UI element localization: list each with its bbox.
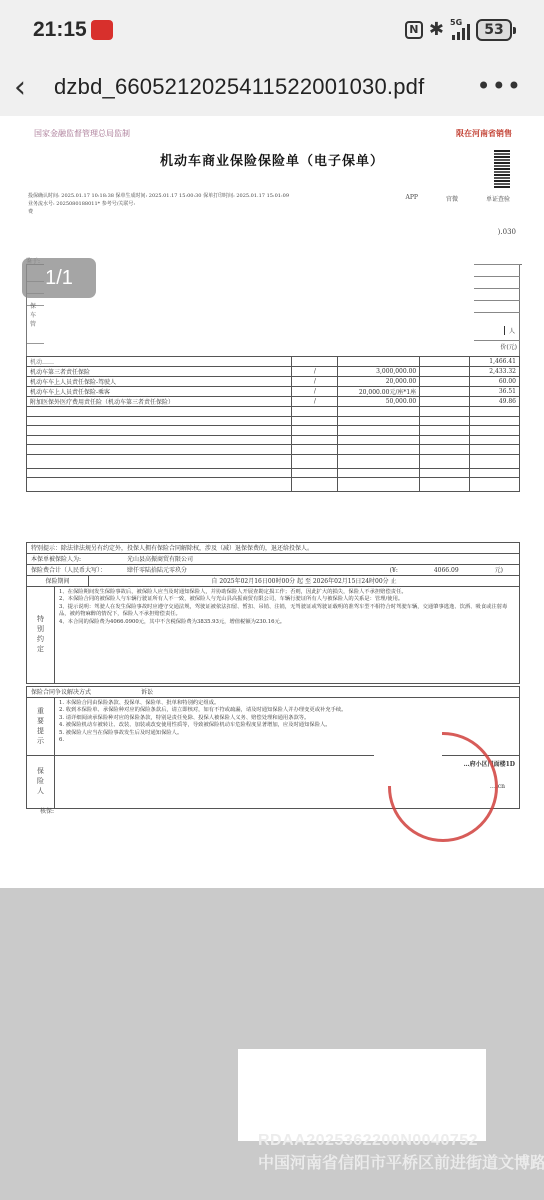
coverage-row xyxy=(27,454,520,468)
insurance-period-row: 保险期间 自 2025年02月16日00时00分 起 至 2026年02月15日… xyxy=(27,576,519,587)
insurance-period-value: 自 2025年02月16日00时00分 起 至 2026年02月15日24时00… xyxy=(89,576,519,586)
document-title: 机动车商业保险保险单（电子保单） xyxy=(24,150,520,169)
coverage-name: 机动车车上人员责任保险-乘客 xyxy=(27,387,292,397)
right-label-price: 价(元) xyxy=(500,342,517,351)
network-type-label: 5G xyxy=(450,18,462,27)
redacted-region xyxy=(44,222,474,356)
coverage-table: 机动……1,466.41机动车第三者责任保险/3,000,000.002,433… xyxy=(26,356,520,492)
meta-line-2: 业务流水号: 2025080188011* 参考号/关联号: xyxy=(28,200,289,208)
coverage-deductible xyxy=(292,357,338,367)
sales-region-header: 限在河南省销售 xyxy=(456,128,512,139)
coverage-name: 机动车车上人员责任保险-驾驶人 xyxy=(27,377,292,387)
coverage-name xyxy=(27,426,292,436)
coverage-premium xyxy=(470,454,520,468)
watermark-code: RDAA2025362200N0040752 xyxy=(258,1132,478,1150)
watermark-address: 中国河南省信阳市平桥区前进街道文博路 xyxy=(258,1152,544,1174)
coverage-extra xyxy=(420,445,470,455)
coverage-premium xyxy=(470,416,520,426)
coverage-row: 附加医保外医疗费用责任险（机动车第三者责任保险）/50,000.0049.86 xyxy=(27,397,520,407)
coverage-amount: 20,000.00元/座*1座 xyxy=(338,387,420,397)
coverage-deductible xyxy=(292,416,338,426)
coverage-row: 机动车车上人员责任保险-乘客/20,000.00元/座*1座36.51 xyxy=(27,387,520,397)
coverage-amount xyxy=(338,445,420,455)
coverage-extra xyxy=(420,387,470,397)
coverage-row xyxy=(27,407,520,417)
status-icons: N ✱ 5G 53 xyxy=(405,19,512,41)
nfc-icon: N xyxy=(405,21,423,39)
amount-fragment: ).030 xyxy=(498,228,516,236)
coverage-premium: 49.86 xyxy=(470,397,520,407)
coverage-deductible xyxy=(292,426,338,436)
coverage-deductible xyxy=(292,435,338,445)
regulator-header: 国家金融监督管理总局监制 xyxy=(34,128,130,139)
coverage-premium xyxy=(470,407,520,417)
coverage-deductible xyxy=(292,445,338,455)
coverage-amount xyxy=(338,468,420,478)
bluetooth-icon: ✱ xyxy=(429,21,444,39)
notification-app-icon xyxy=(91,20,113,40)
coverage-amount xyxy=(338,426,420,436)
coverage-deductible xyxy=(292,407,338,417)
coverage-row xyxy=(27,426,520,436)
premium-total-value: 4066.09 xyxy=(434,565,459,575)
coverage-extra xyxy=(420,478,470,492)
coverage-amount xyxy=(338,416,420,426)
coverage-name xyxy=(27,454,292,468)
policy-info-right: 人 价(元) xyxy=(474,264,520,358)
coverage-extra xyxy=(420,435,470,445)
status-time: 21:15 xyxy=(33,18,87,42)
coverage-premium xyxy=(470,478,520,492)
coverage-name xyxy=(27,445,292,455)
coverage-name xyxy=(27,468,292,478)
coverage-amount xyxy=(338,357,420,367)
coverage-deductible: / xyxy=(292,397,338,407)
coverage-row xyxy=(27,416,520,426)
coverage-name: 机动…… xyxy=(27,357,292,367)
status-bar: 21:15 N ✱ 5G 53 xyxy=(0,0,544,62)
coverage-amount: 50,000.00 xyxy=(338,397,420,407)
coverage-deductible: / xyxy=(292,387,338,397)
insurer-label: 保险人 xyxy=(27,756,55,808)
beneficiary-row: 本保单被保险人为: 光山县高振商贸有限公司 xyxy=(27,554,519,565)
special-term-item: 2、本保险合同的被保险人与车辆行驶证所有人不一致，被保险人与光山县高振商贸有限公… xyxy=(59,596,515,603)
coverage-row: 机动车第三者责任保险/3,000,000.002,433.32 xyxy=(27,367,520,377)
coverage-extra xyxy=(420,377,470,387)
premium-total-row: 保险费合计（人民币大写）： 肆仟零陆拾陆元零玖分 (¥: 4066.09 元) xyxy=(27,565,519,576)
coverage-premium xyxy=(470,468,520,478)
coverage-deductible xyxy=(292,468,338,478)
coverage-extra xyxy=(420,397,470,407)
notice-box: 特别提示：除法律法规另有约定外，投保人拥有保险合同解除权，涉及（减）退保保费的，… xyxy=(26,542,520,684)
special-terms-list: 1、在保险期间发生保险事故后，被保险人应当及时通知保险人，并协助保险人开展查勘定… xyxy=(55,587,519,683)
special-terms-section: 特别约定 1、在保险期间发生保险事故后，被保险人应当及时通知保险人，并协助保险人… xyxy=(27,587,519,683)
coverage-name xyxy=(27,416,292,426)
coverage-row: 机动车车上人员责任保险-驾驶人/20,000.0060.00 xyxy=(27,377,520,387)
coverage-amount: 3,000,000.00 xyxy=(338,367,420,377)
vehicle-labels: 保 车 管 xyxy=(30,302,36,329)
dispute-row: 保险合同争议解决方式 诉讼 xyxy=(27,687,519,698)
coverage-row xyxy=(27,468,520,478)
coverage-extra xyxy=(420,367,470,377)
page-indicator: 1/1 xyxy=(22,258,96,298)
coverage-deductible xyxy=(292,454,338,468)
back-button[interactable]: ‹ xyxy=(14,72,44,106)
coverage-premium xyxy=(470,445,520,455)
coverage-premium: 1,466.41 xyxy=(470,357,520,367)
coverage-extra xyxy=(420,468,470,478)
coverage-premium: 2,433.32 xyxy=(470,367,520,377)
coverage-extra xyxy=(420,416,470,426)
special-term-item: 3、提示说明：驾驶人在发生保险事故时应遵守交通法规，驾驶证被依法扣留、暂扣、吊销… xyxy=(59,604,515,619)
coverage-premium xyxy=(470,435,520,445)
redacted-watermark-box xyxy=(238,1049,486,1141)
coverage-deductible: / xyxy=(292,377,338,387)
coverage-name: 附加医保外医疗费用责任险（机动车第三者责任保险） xyxy=(27,397,292,407)
battery-icon: 53 xyxy=(476,19,512,41)
coverage-extra xyxy=(420,357,470,367)
coverage-name xyxy=(27,407,292,417)
special-terms-label: 特别约定 xyxy=(27,587,55,683)
coverage-row xyxy=(27,445,520,455)
important-notes-label: 重要提示 xyxy=(27,698,55,755)
meta-col-verify: 单证查验 xyxy=(486,194,510,203)
verification-columns: APP 官微 单证查验 xyxy=(406,194,510,203)
meta-line-3: 费 xyxy=(28,208,289,216)
right-label-person: 人 xyxy=(504,326,515,335)
chevron-left-icon: ‹ xyxy=(14,70,26,105)
coverage-amount xyxy=(338,478,420,492)
meta-col-wechat: 官微 xyxy=(446,194,458,203)
important-note-item: 2. 收到本保险单、承保险种对应的保险条款后，请立即核对，如有不符或疏漏，请及时… xyxy=(59,707,515,714)
coverage-row xyxy=(27,478,520,492)
coverage-name xyxy=(27,478,292,492)
coverage-amount xyxy=(338,407,420,417)
qr-code-icon xyxy=(494,150,510,188)
coverage-amount: 20,000.00 xyxy=(338,377,420,387)
coverage-row: 机动……1,466.41 xyxy=(27,357,520,367)
coverage-extra xyxy=(420,407,470,417)
viewer-toolbar: ‹ dzbd_660521202541152200103​0.pdf ••• xyxy=(0,62,544,116)
coverage-name xyxy=(27,435,292,445)
meta-line-1: 投保确认时间: 2025.01.17 10:18:38 保单生成时间: 2025… xyxy=(28,192,289,200)
coverage-name: 机动车第三者责任保险 xyxy=(27,367,292,377)
viewer-background: RDAA2025362200N0040752 中国河南省信阳市平桥区前进街道文博… xyxy=(0,888,544,1200)
coverage-deductible: / xyxy=(292,367,338,377)
coverage-amount xyxy=(338,435,420,445)
coverage-extra xyxy=(420,454,470,468)
pdf-viewport[interactable]: 国家金融监督管理总局监制 限在河南省销售 机动车商业保险保险单（电子保单） 投保… xyxy=(0,116,544,888)
more-horizontal-icon: ••• xyxy=(477,72,522,100)
coverage-deductible xyxy=(292,478,338,492)
dispute-value: 诉讼 xyxy=(141,687,153,697)
meta-col-app: APP xyxy=(406,194,418,203)
coverage-premium: 36.51 xyxy=(470,387,520,397)
beneficiary-value: 光山县高振商贸有限公司 xyxy=(127,554,193,564)
coverage-row xyxy=(27,435,520,445)
coverage-premium: 60.00 xyxy=(470,377,520,387)
signal-icon: 5G xyxy=(450,20,470,40)
more-button[interactable]: ••• xyxy=(477,72,522,100)
underwriter-signature-label: 核保: xyxy=(40,806,54,815)
coverage-amount xyxy=(338,454,420,468)
special-notice: 特别提示：除法律法规另有约定外，投保人拥有保险合同解除权，涉及（减）退保保费的，… xyxy=(27,543,519,554)
important-note-item: 4. 被保险机动车被转让、改装、加装或改变使用性质等，导致被保险机动车危险程度显… xyxy=(59,722,515,729)
file-title: dzbd_660521202541152200103​0.pdf xyxy=(54,74,424,100)
coverage-extra xyxy=(420,426,470,436)
document-meta: 投保确认时间: 2025.01.17 10:18:38 保单生成时间: 2025… xyxy=(28,192,289,216)
premium-total-words: 肆仟零陆拾陆元零玖分 xyxy=(127,565,187,575)
coverage-premium xyxy=(470,426,520,436)
pdf-page: 国家金融监督管理总局监制 限在河南省销售 机动车商业保险保险单（电子保单） 投保… xyxy=(24,116,520,888)
special-term-item: 4、本合同的保险费为4066.0900元，其中不含税保险费为3835.93元，增… xyxy=(59,619,515,626)
